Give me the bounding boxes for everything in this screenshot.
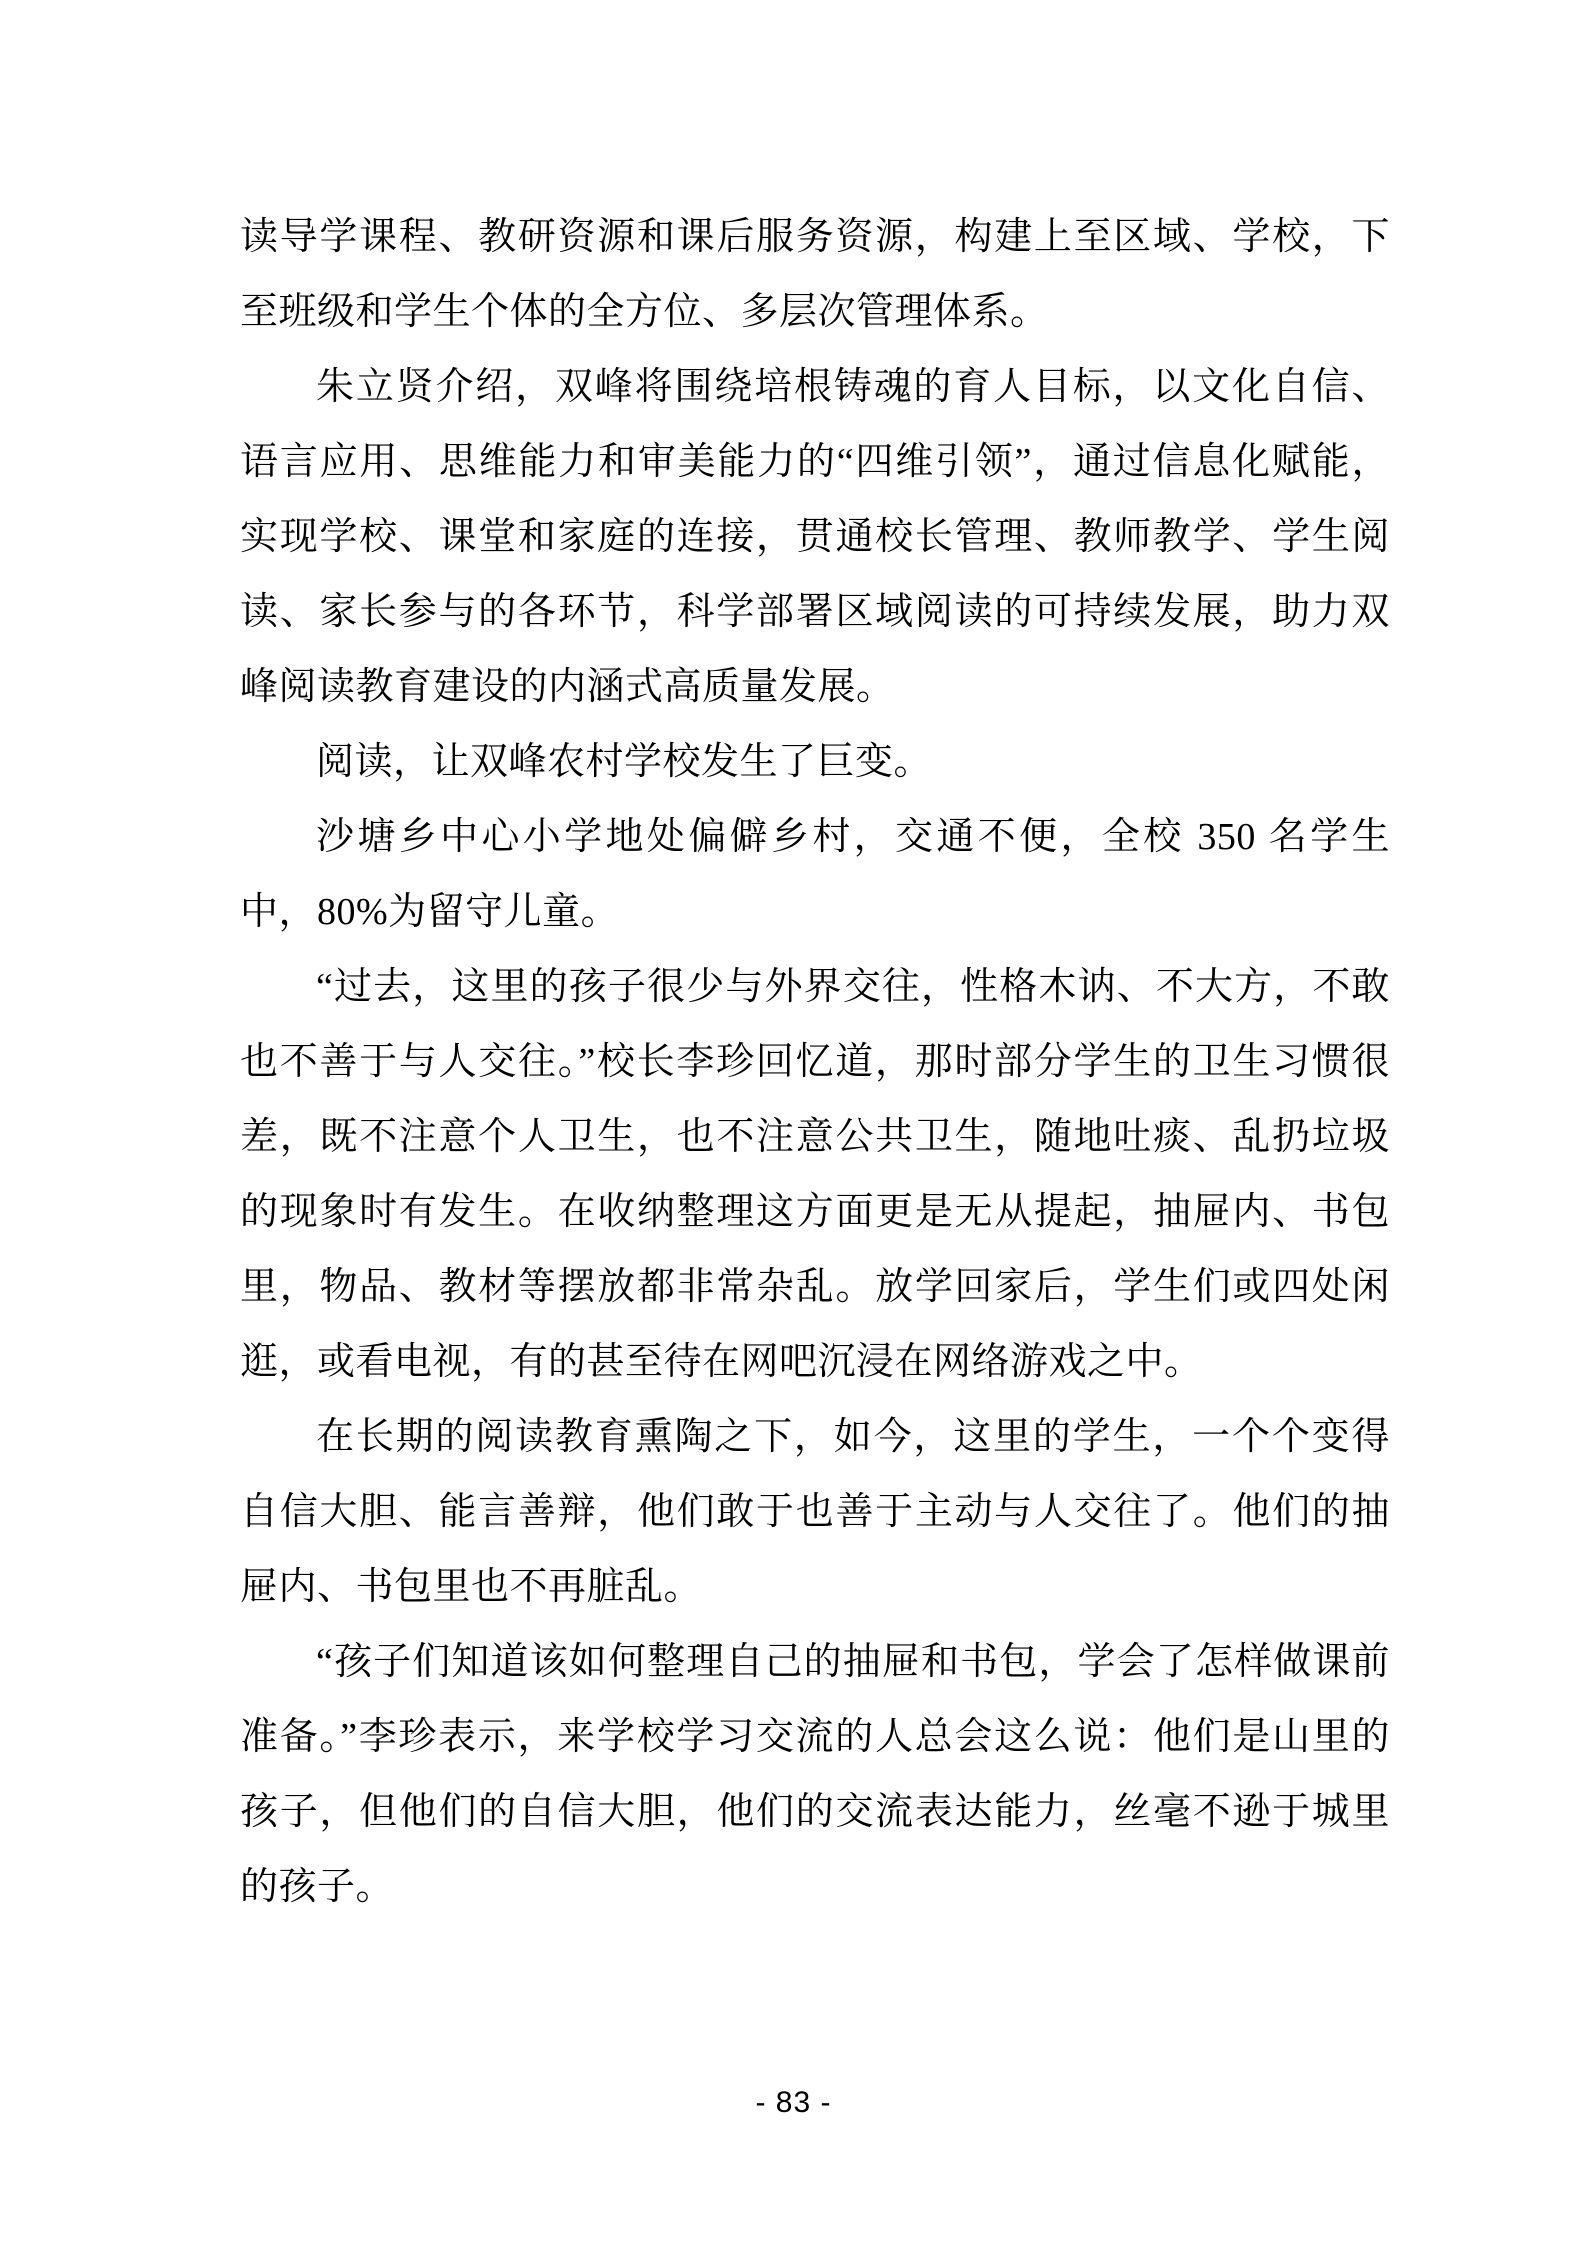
paragraph: 在长期的阅读教育熏陶之下，如今，这里的学生，一个个变得自信大胆、能言善辩，他们敢… [240,1400,1390,1625]
paragraph: 阅读，让双峰农村学校发生了巨变。 [240,725,1390,800]
page-number: - 83 - [0,2086,1587,2120]
document-page: 读导学课程、教研资源和课后服务资源，构建上至区域、学校，下至班级和学生个体的全方… [0,0,1587,2245]
paragraph: “孩子们知道该如何整理自己的抽屉和书包，学会了怎样做课前准备。”李珍表示，来学校… [240,1625,1390,1925]
paragraph: 朱立贤介绍，双峰将围绕培根铸魂的育人目标，以文化自信、语言应用、思维能力和审美能… [240,350,1390,725]
document-viewer: { "document": { "paragraphs": [ { "inden… [0,0,1587,2245]
text-block: 读导学课程、教研资源和课后服务资源，构建上至区域、学校，下至班级和学生个体的全方… [240,200,1390,1925]
paragraph: “过去，这里的孩子很少与外界交往，性格木讷、不大方，不敢也不善于与人交往。”校长… [240,950,1390,1400]
paragraph: 读导学课程、教研资源和课后服务资源，构建上至区域、学校，下至班级和学生个体的全方… [240,200,1390,350]
paragraph: 沙塘乡中心小学地处偏僻乡村，交通不便，全校 350 名学生中，80%为留守儿童。 [240,800,1390,950]
